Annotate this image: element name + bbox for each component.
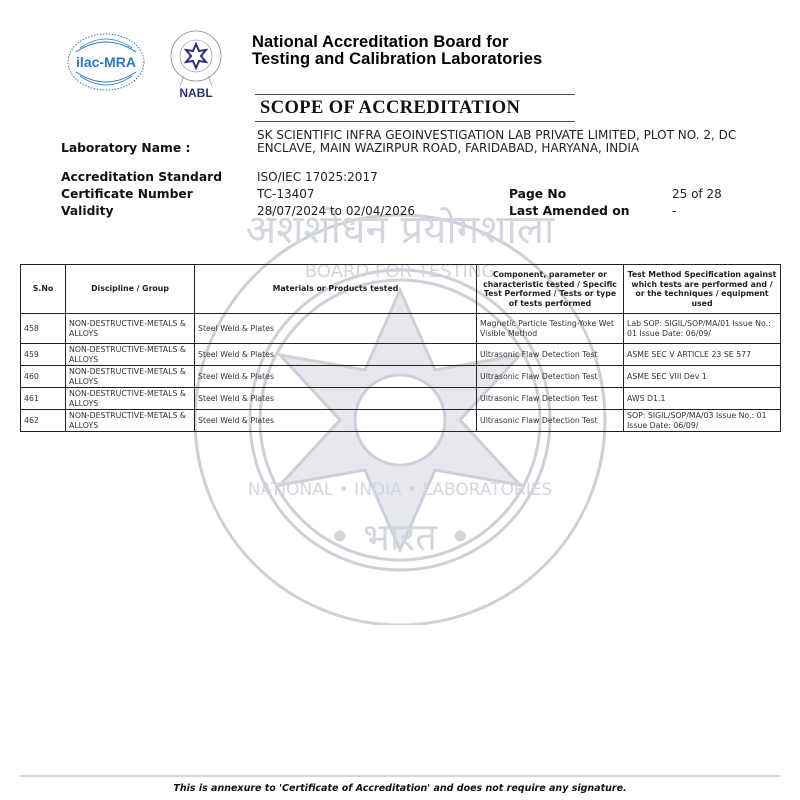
table-row: 459 NON-DESTRUCTIVE-METALS & ALLOYS Stee… [21, 344, 781, 366]
header-discipline: Discipline / Group [66, 265, 195, 314]
table-row: 460 NON-DESTRUCTIVE-METALS & ALLOYS Stee… [21, 366, 781, 388]
cell-component: Ultrasonic Flaw Detection Test [477, 344, 624, 366]
cell-sno: 461 [21, 388, 66, 410]
cell-material: Steel Weld & Plates [195, 314, 477, 344]
nabl-logo: NABL [162, 28, 230, 100]
cell-sno: 459 [21, 344, 66, 366]
cell-component: Ultrasonic Flaw Detection Test [477, 410, 624, 432]
standard-label: Accreditation Standard [61, 170, 222, 184]
cell-material: Steel Weld & Plates [195, 366, 477, 388]
footer-divider [20, 775, 780, 777]
cell-component: Magnetic Particle Testing-Yoke Wet Visib… [477, 314, 624, 344]
cell-sno: 462 [21, 410, 66, 432]
validity-value: 28/07/2024 to 02/04/2026 [257, 204, 415, 218]
cell-method: ASME SEC VIII Dev 1 [624, 366, 781, 388]
lab-name-label: Laboratory Name : [61, 141, 190, 155]
cell-sno: 458 [21, 314, 66, 344]
cell-method: Lab SOP: SIGIL/SOP/MA/01 Issue No.: 01 I… [624, 314, 781, 344]
cell-discipline: NON-DESTRUCTIVE-METALS & ALLOYS [66, 314, 195, 344]
cell-material: Steel Weld & Plates [195, 344, 477, 366]
cell-material: Steel Weld & Plates [195, 388, 477, 410]
cell-discipline: NON-DESTRUCTIVE-METALS & ALLOYS [66, 344, 195, 366]
footer-note: This is annexure to 'Certificate of Accr… [0, 783, 800, 794]
lab-name-value: SK SCIENTIFIC INFRA GEOINVESTIGATION LAB… [257, 129, 737, 154]
nabl-text: NABL [179, 86, 212, 100]
cell-material: Steel Weld & Plates [195, 410, 477, 432]
cell-discipline: NON-DESTRUCTIVE-METALS & ALLOYS [66, 410, 195, 432]
ilac-mra-logo: ilac-MRA [66, 32, 146, 92]
scope-title: SCOPE OF ACCREDITATION [260, 98, 520, 119]
header-component: Component, parameter or characteristic t… [477, 265, 624, 314]
validity-label: Validity [61, 204, 113, 218]
cell-method: AWS D1.1 [624, 388, 781, 410]
scope-table: S.No Discipline / Group Materials or Pro… [20, 264, 781, 432]
cell-component: Ultrasonic Flaw Detection Test [477, 388, 624, 410]
standard-value: ISO/IEC 17025:2017 [257, 170, 378, 184]
cell-discipline: NON-DESTRUCTIVE-METALS & ALLOYS [66, 388, 195, 410]
header-materials: Materials or Products tested [195, 265, 477, 314]
watermark-bottom-hindi: • भारत • [329, 515, 472, 559]
org-title-line1: National Accreditation Board for [252, 34, 542, 51]
org-title-line2: Testing and Calibration Laboratories [252, 51, 542, 68]
cell-sno: 460 [21, 366, 66, 388]
page-no-label: Page No [509, 187, 566, 201]
table-row: 461 NON-DESTRUCTIVE-METALS & ALLOYS Stee… [21, 388, 781, 410]
cell-method: ASME SEC V ARTICLE 23 SE 577 [624, 344, 781, 366]
ilac-mra-text: ilac-MRA [76, 54, 136, 70]
org-title: National Accreditation Board for Testing… [252, 34, 542, 68]
amended-label: Last Amended on [509, 204, 629, 218]
table-row: 458 NON-DESTRUCTIVE-METALS & ALLOYS Stee… [21, 314, 781, 344]
cell-component: Ultrasonic Flaw Detection Test [477, 366, 624, 388]
certificate-label: Certificate Number [61, 187, 193, 201]
header-sno: S.No [21, 265, 66, 314]
table-row: 462 NON-DESTRUCTIVE-METALS & ALLOYS Stee… [21, 410, 781, 432]
page-no-value: 25 of 28 [672, 187, 722, 201]
certificate-value: TC-13407 [257, 187, 315, 201]
amended-value: - [672, 204, 676, 218]
scope-title-box: SCOPE OF ACCREDITATION [255, 94, 575, 122]
cell-discipline: NON-DESTRUCTIVE-METALS & ALLOYS [66, 366, 195, 388]
header-method: Test Method Specification against which … [624, 265, 781, 314]
table-header-row: S.No Discipline / Group Materials or Pro… [21, 265, 781, 314]
cell-method: SOP: SIGIL/SOP/MA/03 Issue No.: 01 Issue… [624, 410, 781, 432]
watermark-lower-english: NATIONAL • INDIA • LABORATORIES [248, 480, 553, 500]
